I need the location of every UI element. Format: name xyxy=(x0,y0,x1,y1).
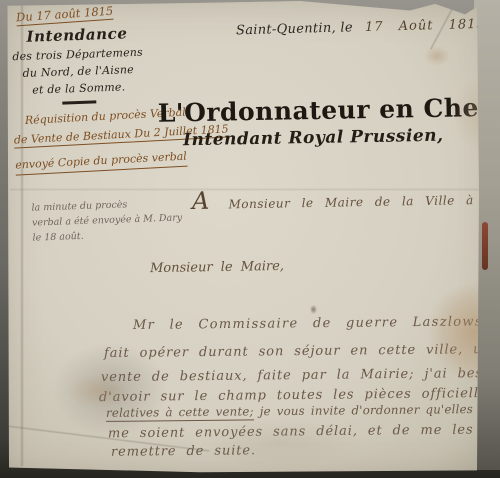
letterhead-line2: des trois Départemens xyxy=(9,46,145,64)
dateline-printed: Saint-Quentin, le xyxy=(236,20,353,38)
header-subtitle: Intendant Royal Prussien, xyxy=(158,125,468,150)
address-line: A Monsieur le Maire de la Ville à Héfanc… xyxy=(192,181,500,215)
printed-header: L'Ordonnateur en Chef, Intendant Royal P… xyxy=(158,93,469,150)
letterhead-title: Intendance xyxy=(9,24,146,47)
minute-margin-note: la minute du procès verbal a été envoyée… xyxy=(31,195,183,245)
letterhead-rule xyxy=(62,100,96,104)
foxing-spot-top-right xyxy=(424,46,450,66)
salutation: Monsieur le Maire, xyxy=(150,259,284,276)
header-title: L'Ordonnateur en Chef, xyxy=(158,93,468,127)
letter-paper: Du 17 août 1815 Intendance des trois Dép… xyxy=(0,0,500,478)
body-line-5: relatives à cette vente; je vous invite … xyxy=(106,402,473,420)
body-line-3: vente de bestiaux, faite par la Mairie; … xyxy=(101,366,500,385)
letterhead-block: Intendance des trois Départemens du Nord… xyxy=(9,24,148,107)
body-line-5-underlined: relatives à cette vente; xyxy=(106,404,254,422)
body-line-6-text: me soient envoyées sans délai, et de me … xyxy=(108,422,500,441)
body-line-7: remettre de suite. xyxy=(111,443,256,460)
wax-streak-right-edge xyxy=(482,222,488,270)
requisition-line3: envoyé Copie du procès verbal xyxy=(15,147,188,176)
dateline: Saint-Quentin, le 17 Août 1815. xyxy=(236,17,491,39)
dateline-handwritten: 17 Août 1815. xyxy=(365,17,491,35)
body-line-5-rest: je vous invite d'ordonner qu'elles xyxy=(254,402,473,418)
body-line-6: me soient envoyées sans délai, et de me … xyxy=(108,422,500,442)
letterhead-line3: du Nord, de l'Aisne xyxy=(10,63,146,81)
address-initial: A xyxy=(192,187,210,215)
body-line-1: Mr le Commissaire de guerre Laszlowski, … xyxy=(133,314,500,333)
ink-spot xyxy=(310,305,317,314)
registry-date-text: Du 17 août 1815 xyxy=(16,4,114,27)
body-line-2: fait opérer durant son séjour en cette v… xyxy=(104,342,500,361)
photo-of-letter: Du 17 août 1815 Intendance des trois Dép… xyxy=(0,0,500,478)
registry-date-note: Du 17 août 1815 xyxy=(16,4,114,25)
address-text: Monsieur le Maire de la Ville à Héfancé xyxy=(228,192,500,211)
letterhead-line4: et de la Somme. xyxy=(11,80,147,98)
